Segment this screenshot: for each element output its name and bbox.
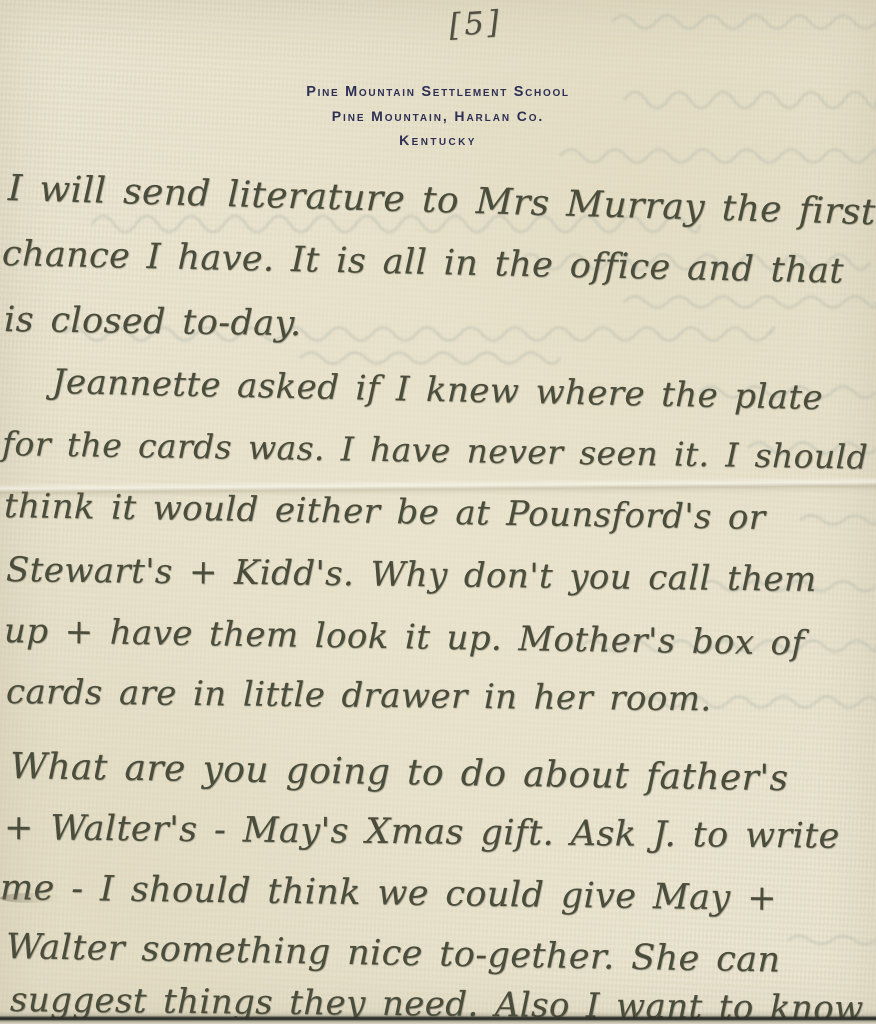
handwriting-line: Jeannette asked if I knew where the plat… <box>52 362 824 418</box>
handwriting-line: chance I have. It is all in the office a… <box>2 234 845 292</box>
bleedthrough-stroke <box>800 516 876 525</box>
handwriting-line: What are you going to do about father's <box>10 746 789 799</box>
page-number-annotation: [5] <box>448 4 503 44</box>
edge-crease <box>0 893 60 903</box>
handwriting-line: for the cards was. I have never seen it.… <box>2 424 869 477</box>
handwriting-line: is closed to-day. <box>4 300 302 344</box>
letterhead: Pine Mountain Settlement School Pine Mou… <box>0 84 876 148</box>
handwriting-line: up + have them look it up. Mother's box … <box>4 611 805 664</box>
letterhead-school-name: Pine Mountain Settlement School <box>0 84 876 100</box>
bleedthrough-stroke <box>624 297 876 308</box>
handwriting-line: Stewart's + Kidd's. Why don't you call t… <box>6 550 817 600</box>
handwriting-line: + Walter's - May's Xmas gift. Ask J. to … <box>4 808 840 857</box>
scan-edge-shadow <box>0 1011 876 1024</box>
handwriting-line: I will send literature to Mrs Murray the… <box>7 168 876 233</box>
scanned-letter-page: [5] Pine Mountain Settlement School Pine… <box>0 0 876 1024</box>
fold-crease <box>0 476 876 500</box>
bleedthrough-stroke <box>788 936 876 944</box>
letterhead-location: Pine Mountain, Harlan Co. <box>0 108 876 124</box>
bleedthrough-stroke <box>300 353 560 364</box>
handwriting-line: cards are in little drawer in her room. <box>6 672 712 719</box>
letterhead-state: Kentucky <box>0 132 876 148</box>
handwriting-line: me - I should think we could give May + <box>0 868 777 919</box>
handwriting-line: Walter something nice to-gether. She can <box>6 927 781 981</box>
bleedthrough-stroke <box>560 150 876 163</box>
bleedthrough-stroke <box>612 16 876 29</box>
